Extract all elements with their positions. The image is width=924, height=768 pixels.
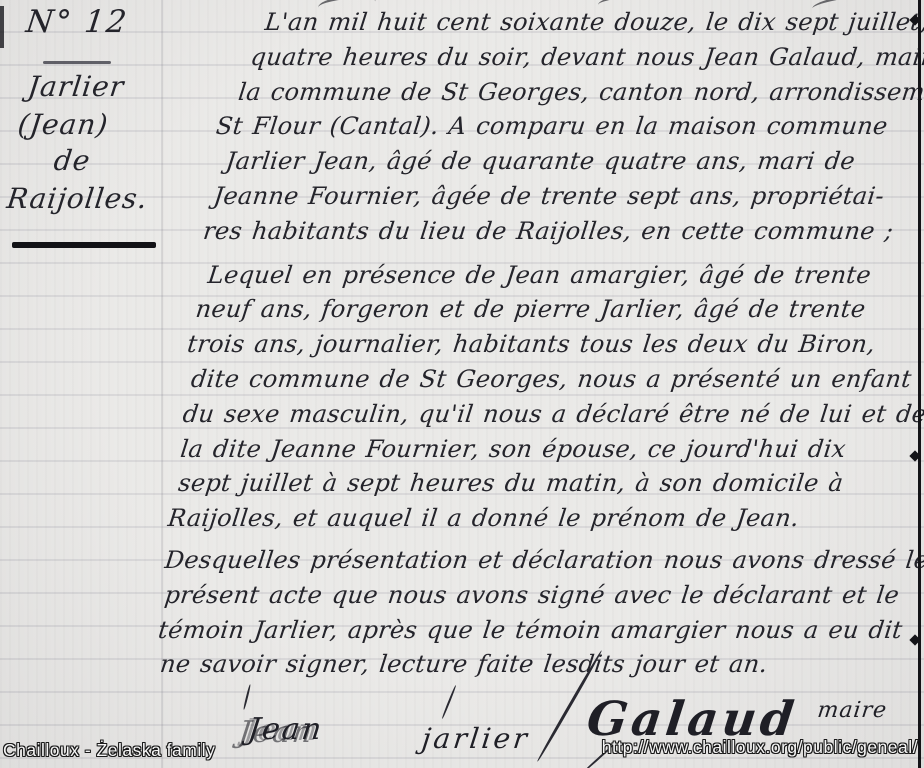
watermark-url: http://www.chailloux.org/public/geneal/ [602,737,918,758]
signature-witness-jarlier: jarlier [420,722,532,755]
manuscript-line: L'an mil huit cent soixante douze, le di… [263,5,924,40]
act-number: N° 12 [24,4,130,40]
margin-divider-thick [12,242,156,248]
manuscript-line: la dite Jeanne Fournier, son épouse, ce … [178,432,924,467]
manuscript-line: présent acte que nous avons signé avec l… [163,578,924,613]
manuscript-line: ne savoir signer, lecture faite lesdits … [158,647,924,682]
manuscript-line: Lequel en présence de Jean amargier, âgé… [206,258,924,293]
manuscript-line: du sexe masculin, qu'il nous a déclaré ê… [181,397,924,432]
manuscript-line: dite commune de St Georges, nous a prése… [189,362,924,397]
margin-name-line: Raijolles. [5,182,150,215]
page-edge-line [918,0,921,768]
manuscript-line: neuf ans, forgeron et de pierre Jarlier,… [194,292,924,327]
pen-flourish [243,684,251,710]
manuscript-line: Jeanne Fournier, âgée de trente sept ans… [212,179,924,214]
margin-divider-thin [43,61,111,64]
manuscript-line: témoin Jarlier, après que le témoin amar… [156,613,924,648]
scanned-register-page: N° 12 Jarlier (Jean) de Raijolles. L'an … [0,0,924,768]
manuscript-line: quatre heures du soir, devant nous Jean … [249,40,924,75]
signature-declarant: Jean [246,712,325,747]
manuscript-line: res habitants du lieu de Raijolles, en c… [201,214,924,249]
manuscript-line: la commune de St Georges, canton nord, a… [236,75,924,110]
manuscript-line: trois ans, journalier, habitants tous le… [185,327,924,362]
watermark-family-label: Chailloux - Żelaska family [3,740,215,761]
margin-name-line: Jarlier [26,70,126,103]
edge-mark [0,6,4,48]
manuscript-line: sept juillet à sept heures du matin, à s… [176,466,924,501]
margin-name-line: de [52,144,93,177]
manuscript-line: St Flour (Cantal). A comparu en la maiso… [214,109,924,144]
manuscript-body: L'an mil huit cent soixante douze, le di… [146,5,924,682]
manuscript-line: Desquelles présentation et déclaration n… [163,543,924,578]
manuscript-line: Jarlier Jean, âgé de quarante quatre ans… [224,144,924,179]
signature-mayor-title: maire [816,698,889,723]
pen-flourish [441,685,456,719]
margin-name-line: (Jean) [16,108,110,141]
manuscript-line: Raijolles, et auquel il a donné le préno… [166,501,924,536]
